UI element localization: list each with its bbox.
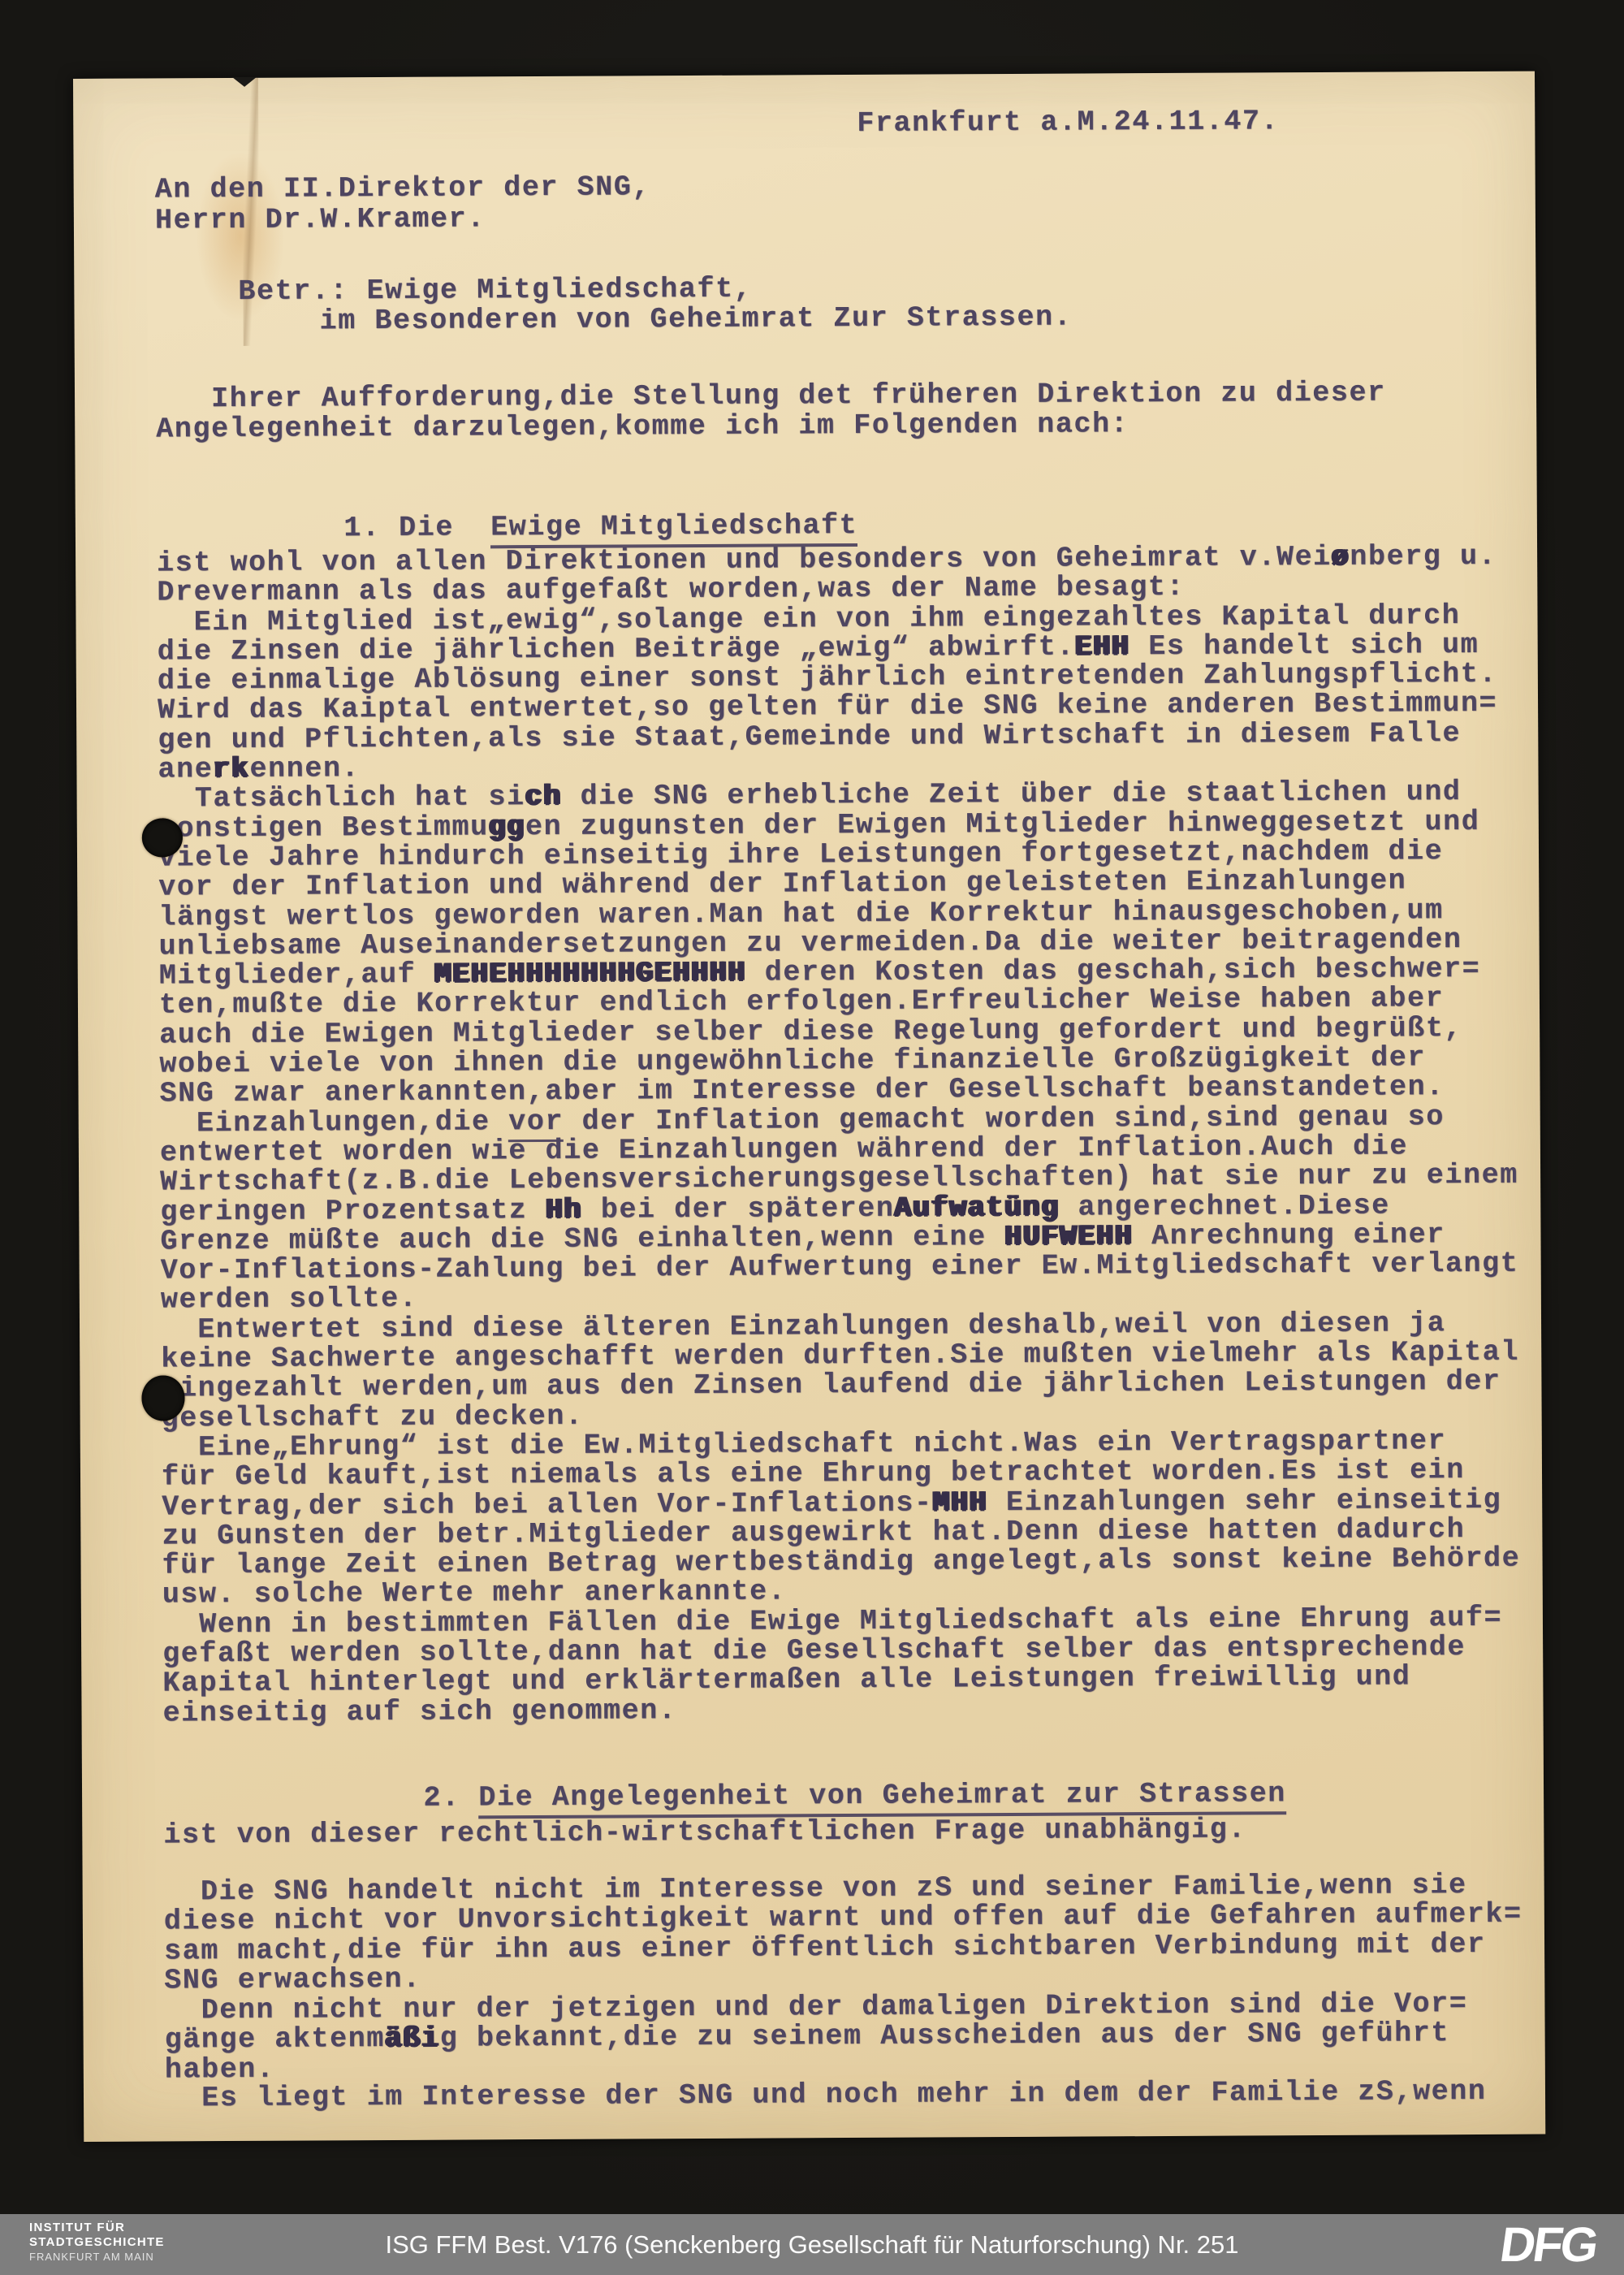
typed-line: sam macht,die für ihn aus einer öffentli… xyxy=(164,1929,1522,1966)
intro-line-2: Angelegenheit darzulegen,komme ich im Fo… xyxy=(156,408,1129,445)
typed-line: einseitig auf sich genommen. xyxy=(162,1691,1521,1728)
typed-line: gänge aktenmäßig bekannt,die zu seinem A… xyxy=(165,2018,1468,2055)
letter-page: Frankfurt a.M.24.11.47. An den II.Direkt… xyxy=(73,71,1545,2142)
section-1-heading-title: Ewige Mitgliedschaft xyxy=(490,509,857,548)
dfg-logo: DFG xyxy=(1497,2217,1600,2273)
section-2-heading-prefix: 2. xyxy=(423,1781,478,1814)
addressee-line-1: An den II.Direktor der SNG, xyxy=(155,171,650,205)
letter-date: Frankfurt a.M.24.11.47. xyxy=(857,105,1279,140)
section-1-body: ist wohl von allen Direktionen und beson… xyxy=(157,542,1521,1728)
hole-punch-top xyxy=(142,818,183,857)
section-2-paragraph-3: Es liegt im Interesse der SNG und noch m… xyxy=(165,2077,1487,2113)
section-2-heading-title: Die Angelegenheit von Geheimrat zur Stra… xyxy=(478,1777,1286,1819)
paper-tear-notch xyxy=(232,77,257,87)
section-2-paragraph-1: Die SNG handelt nicht im Interesse von z… xyxy=(164,1871,1522,1996)
typed-line: Vor-Inflations-Zahlung bei der Aufwertun… xyxy=(161,1249,1519,1286)
hole-punch-bottom xyxy=(141,1375,184,1421)
subject-line-2: im Besonderen von Geheimrat Zur Strassen… xyxy=(319,301,1072,338)
scanned-letter-page: { "colors": { "background": "#1a1916", "… xyxy=(0,0,1624,2275)
footer-bar: INSTITUT FÜR STADTGESCHICHTE FRANKFURT A… xyxy=(0,2214,1624,2275)
typed-line: Es liegt im Interesse der SNG und noch m… xyxy=(165,2077,1487,2113)
typed-line: gen und Pflichten,als sie Staat,Gemeinde… xyxy=(158,718,1516,755)
typed-line: Kapital hinterlegt und erklärtermaßen al… xyxy=(162,1662,1521,1698)
archive-caption: ISG FFM Best. V176 (Senckenberg Gesellsc… xyxy=(0,2214,1624,2275)
typed-line: für lange Zeit einen Betrag wertbeständi… xyxy=(162,1544,1520,1581)
section-2-intro-line: ist von dieser rechtlich-wirtschaftliche… xyxy=(163,1813,1246,1851)
typed-line: eingezahlt werden,um aus den Zinsen lauf… xyxy=(161,1367,1519,1403)
section-1-heading-prefix: 1. Die xyxy=(343,511,490,544)
section-2-paragraph-2: Denn nicht nur der jetzigen und der dama… xyxy=(164,1989,1467,2084)
addressee-line-2: Herrn Dr.W.Kramer. xyxy=(155,202,486,236)
